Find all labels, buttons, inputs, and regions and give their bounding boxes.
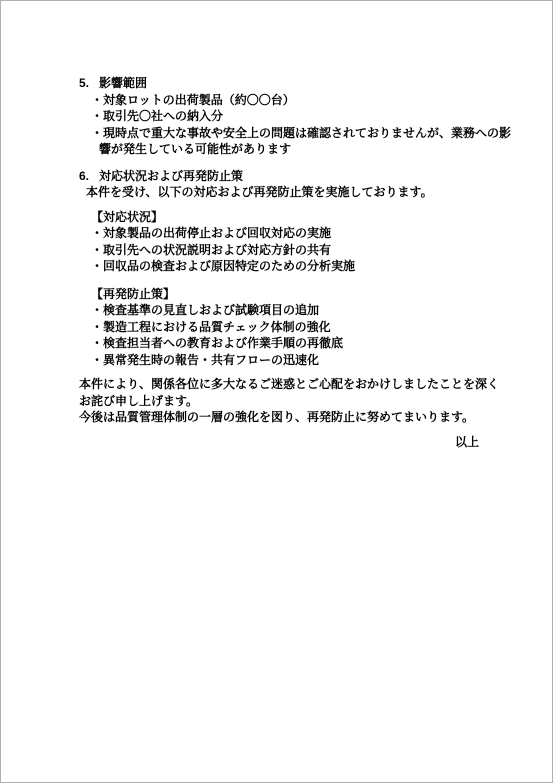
document-content: 5.影響範囲 ・対象ロットの出荷製品（約〇〇台） ・取引先〇社への納入分 ・現時… [79, 75, 479, 450]
section-response: 6.対応状況および再発防止策 本件を受け、以下の対応および再発防止策を実施してお… [79, 168, 479, 369]
section-impact-scope: 5.影響範囲 ・対象ロットの出荷製品（約〇〇台） ・取引先〇社への納入分 ・現時… [79, 75, 479, 158]
subsection-heading: 【再発防止策】 [79, 286, 479, 303]
bullet-item: ・対象製品の出荷停止および回収対応の実施 [79, 225, 479, 242]
bullet-item: ・対象ロットの出荷製品（約〇〇台） [79, 92, 479, 109]
bullet-item: ・取引先〇社への納入分 [79, 108, 479, 125]
document-page: 5.影響範囲 ・対象ロットの出荷製品（約〇〇台） ・取引先〇社への納入分 ・現時… [0, 0, 553, 783]
bullet-item-continuation: 響が発生している可能性があります [79, 141, 479, 158]
bullet-item: ・異常発生時の報告・共有フローの迅速化 [79, 352, 479, 369]
closing-paragraph: 本件により、関係各位に多大なるご迷惑とご心配をおかけしましたことを深く お詫び申… [79, 376, 479, 426]
section-number: 6. [79, 168, 99, 185]
subsection-response-status: 【対応状況】 ・対象製品の出荷停止および回収対応の実施 ・取引先への状況説明およ… [79, 209, 479, 275]
section-heading: 6.対応状況および再発防止策 [79, 168, 479, 185]
closing-line: お詫び申し上げます。 [79, 393, 479, 410]
bullet-item: ・現時点で重大な事故や安全上の問題は確認されておりませんが、業務への影 [79, 125, 479, 142]
subsection-heading: 【対応状況】 [79, 209, 479, 226]
closing-line: 本件により、関係各位に多大なるご迷惑とご心配をおかけしましたことを深く [79, 376, 479, 393]
bullet-item: ・検査基準の見直しおよび試験項目の追加 [79, 302, 479, 319]
closing-line: 今後は品質管理体制の一層の強化を図り、再発防止に努めてまいります。 [79, 409, 479, 426]
bullet-item: ・検査担当者への教育および作業手順の再徹底 [79, 335, 479, 352]
subsection-prevention: 【再発防止策】 ・検査基準の見直しおよび試験項目の追加 ・製造工程における品質チ… [79, 286, 479, 369]
section-title: 影響範囲 [99, 76, 147, 90]
section-heading: 5.影響範囲 [79, 75, 479, 92]
section-title: 対応状況および再発防止策 [99, 169, 243, 183]
section-lead-text: 本件を受け、以下の対応および再発防止策を実施しております。 [79, 184, 479, 201]
bullet-item: ・製造工程における品質チェック体制の強化 [79, 319, 479, 336]
section-number: 5. [79, 75, 99, 92]
bullet-item: ・回収品の検査および原因特定のための分析実施 [79, 258, 479, 275]
bullet-item: ・取引先への状況説明および対応方針の共有 [79, 242, 479, 259]
sign-off: 以上 [79, 434, 479, 451]
